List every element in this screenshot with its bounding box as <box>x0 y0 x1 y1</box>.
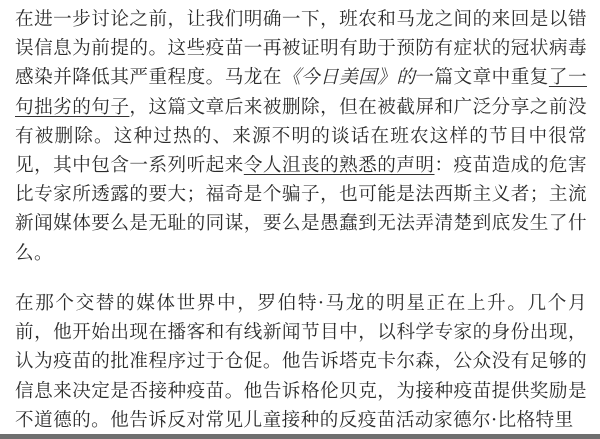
paragraph-1: 在进一步讨论之前，让我们明确一下，班农和马龙之间的来回是以错误信息为前提的。这些… <box>15 5 587 268</box>
document-page: 在进一步讨论之前，让我们明确一下，班农和马龙之间的来回是以错误信息为前提的。这些… <box>0 0 600 434</box>
familiar-statements-link[interactable]: 令人沮丧的熟悉的声明 <box>244 155 435 176</box>
paragraph-1-text: 一篇文章中重复 <box>415 67 548 88</box>
bottom-border <box>0 434 600 439</box>
paragraph-2: 在那个交替的媒体世界中，罗伯特·马龙的明星正在上升。几个月前，他开始出现在播客和… <box>15 289 587 434</box>
paragraph-2-text: 在那个交替的媒体世界中，罗伯特·马龙的明星正在上升。几个月前，他开始出现在播客和… <box>15 293 587 431</box>
publication-title: 《今日美国》的 <box>282 67 415 88</box>
